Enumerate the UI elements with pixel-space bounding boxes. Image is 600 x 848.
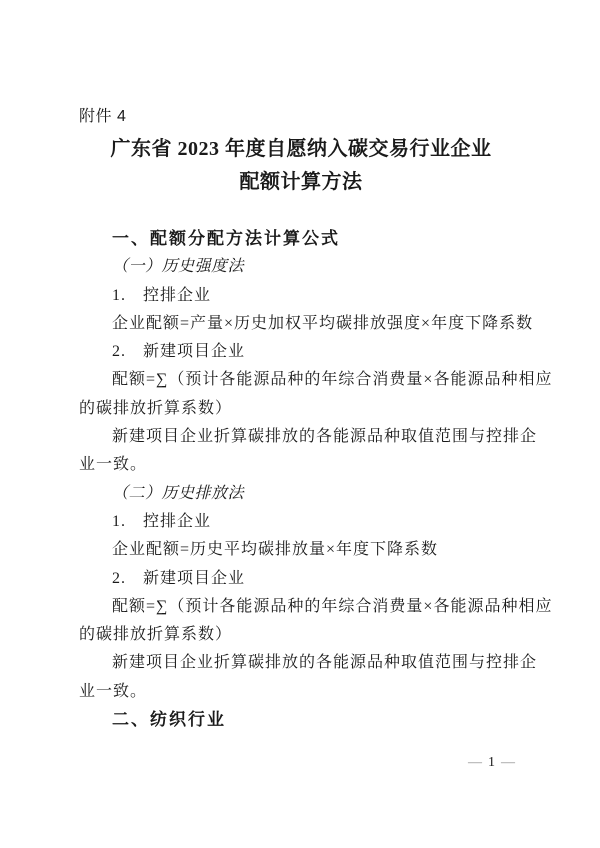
attachment-label: 附件 4 <box>79 107 523 127</box>
continuation-line: 的碳排放折算系数） <box>79 621 523 649</box>
list-item-1-2-2: 2. 新建项目企业 <box>79 565 523 593</box>
document-body: 一、配额分配方法计算公式 （一）历史强度法 1. 控排企业 企业配额=产量×历史… <box>79 225 523 734</box>
title-line-1: 广东省 2023 年度自愿纳入碳交易行业企业 <box>111 138 492 160</box>
paragraph-line: 新建项目企业折算碳排放的各能源品种取值范围与控排企 <box>79 649 523 677</box>
formula-line: 企业配额=产量×历史加权平均碳排放强度×年度下降系数 <box>79 310 523 338</box>
list-item-1-2-1: 1. 控排企业 <box>79 508 523 536</box>
document-title: 广东省 2023 年度自愿纳入碳交易行业企业 配额计算方法 <box>79 133 523 199</box>
list-item-1-1-1: 1. 控排企业 <box>79 282 523 310</box>
page-number: —1— <box>79 753 515 773</box>
section-heading-1: 一、配额分配方法计算公式 <box>79 225 523 253</box>
page-number-right-dash: — <box>501 755 515 770</box>
continuation-line: 业一致。 <box>79 678 523 706</box>
subsection-heading-1-1: （一）历史强度法 <box>79 253 523 281</box>
continuation-line: 业一致。 <box>79 451 523 479</box>
subsection-heading-1-2: （二）历史排放法 <box>79 480 523 508</box>
paragraph-line: 新建项目企业折算碳排放的各能源品种取值范围与控排企 <box>79 423 523 451</box>
page-number-left-dash: — <box>468 755 482 770</box>
list-item-1-1-2: 2. 新建项目企业 <box>79 338 523 366</box>
title-line-2: 配额计算方法 <box>240 171 363 193</box>
section-heading-2: 二、纺织行业 <box>79 706 523 734</box>
page-number-value: 1 <box>488 755 495 770</box>
continuation-line: 的碳排放折算系数） <box>79 395 523 423</box>
formula-line: 配额=∑（预计各能源品种的年综合消费量×各能源品种相应 <box>79 593 523 621</box>
formula-line: 企业配额=历史平均碳排放量×年度下降系数 <box>79 536 523 564</box>
formula-line: 配额=∑（预计各能源品种的年综合消费量×各能源品种相应 <box>79 366 523 394</box>
document-page: 附件 4 广东省 2023 年度自愿纳入碳交易行业企业 配额计算方法 一、配额分… <box>0 0 600 848</box>
